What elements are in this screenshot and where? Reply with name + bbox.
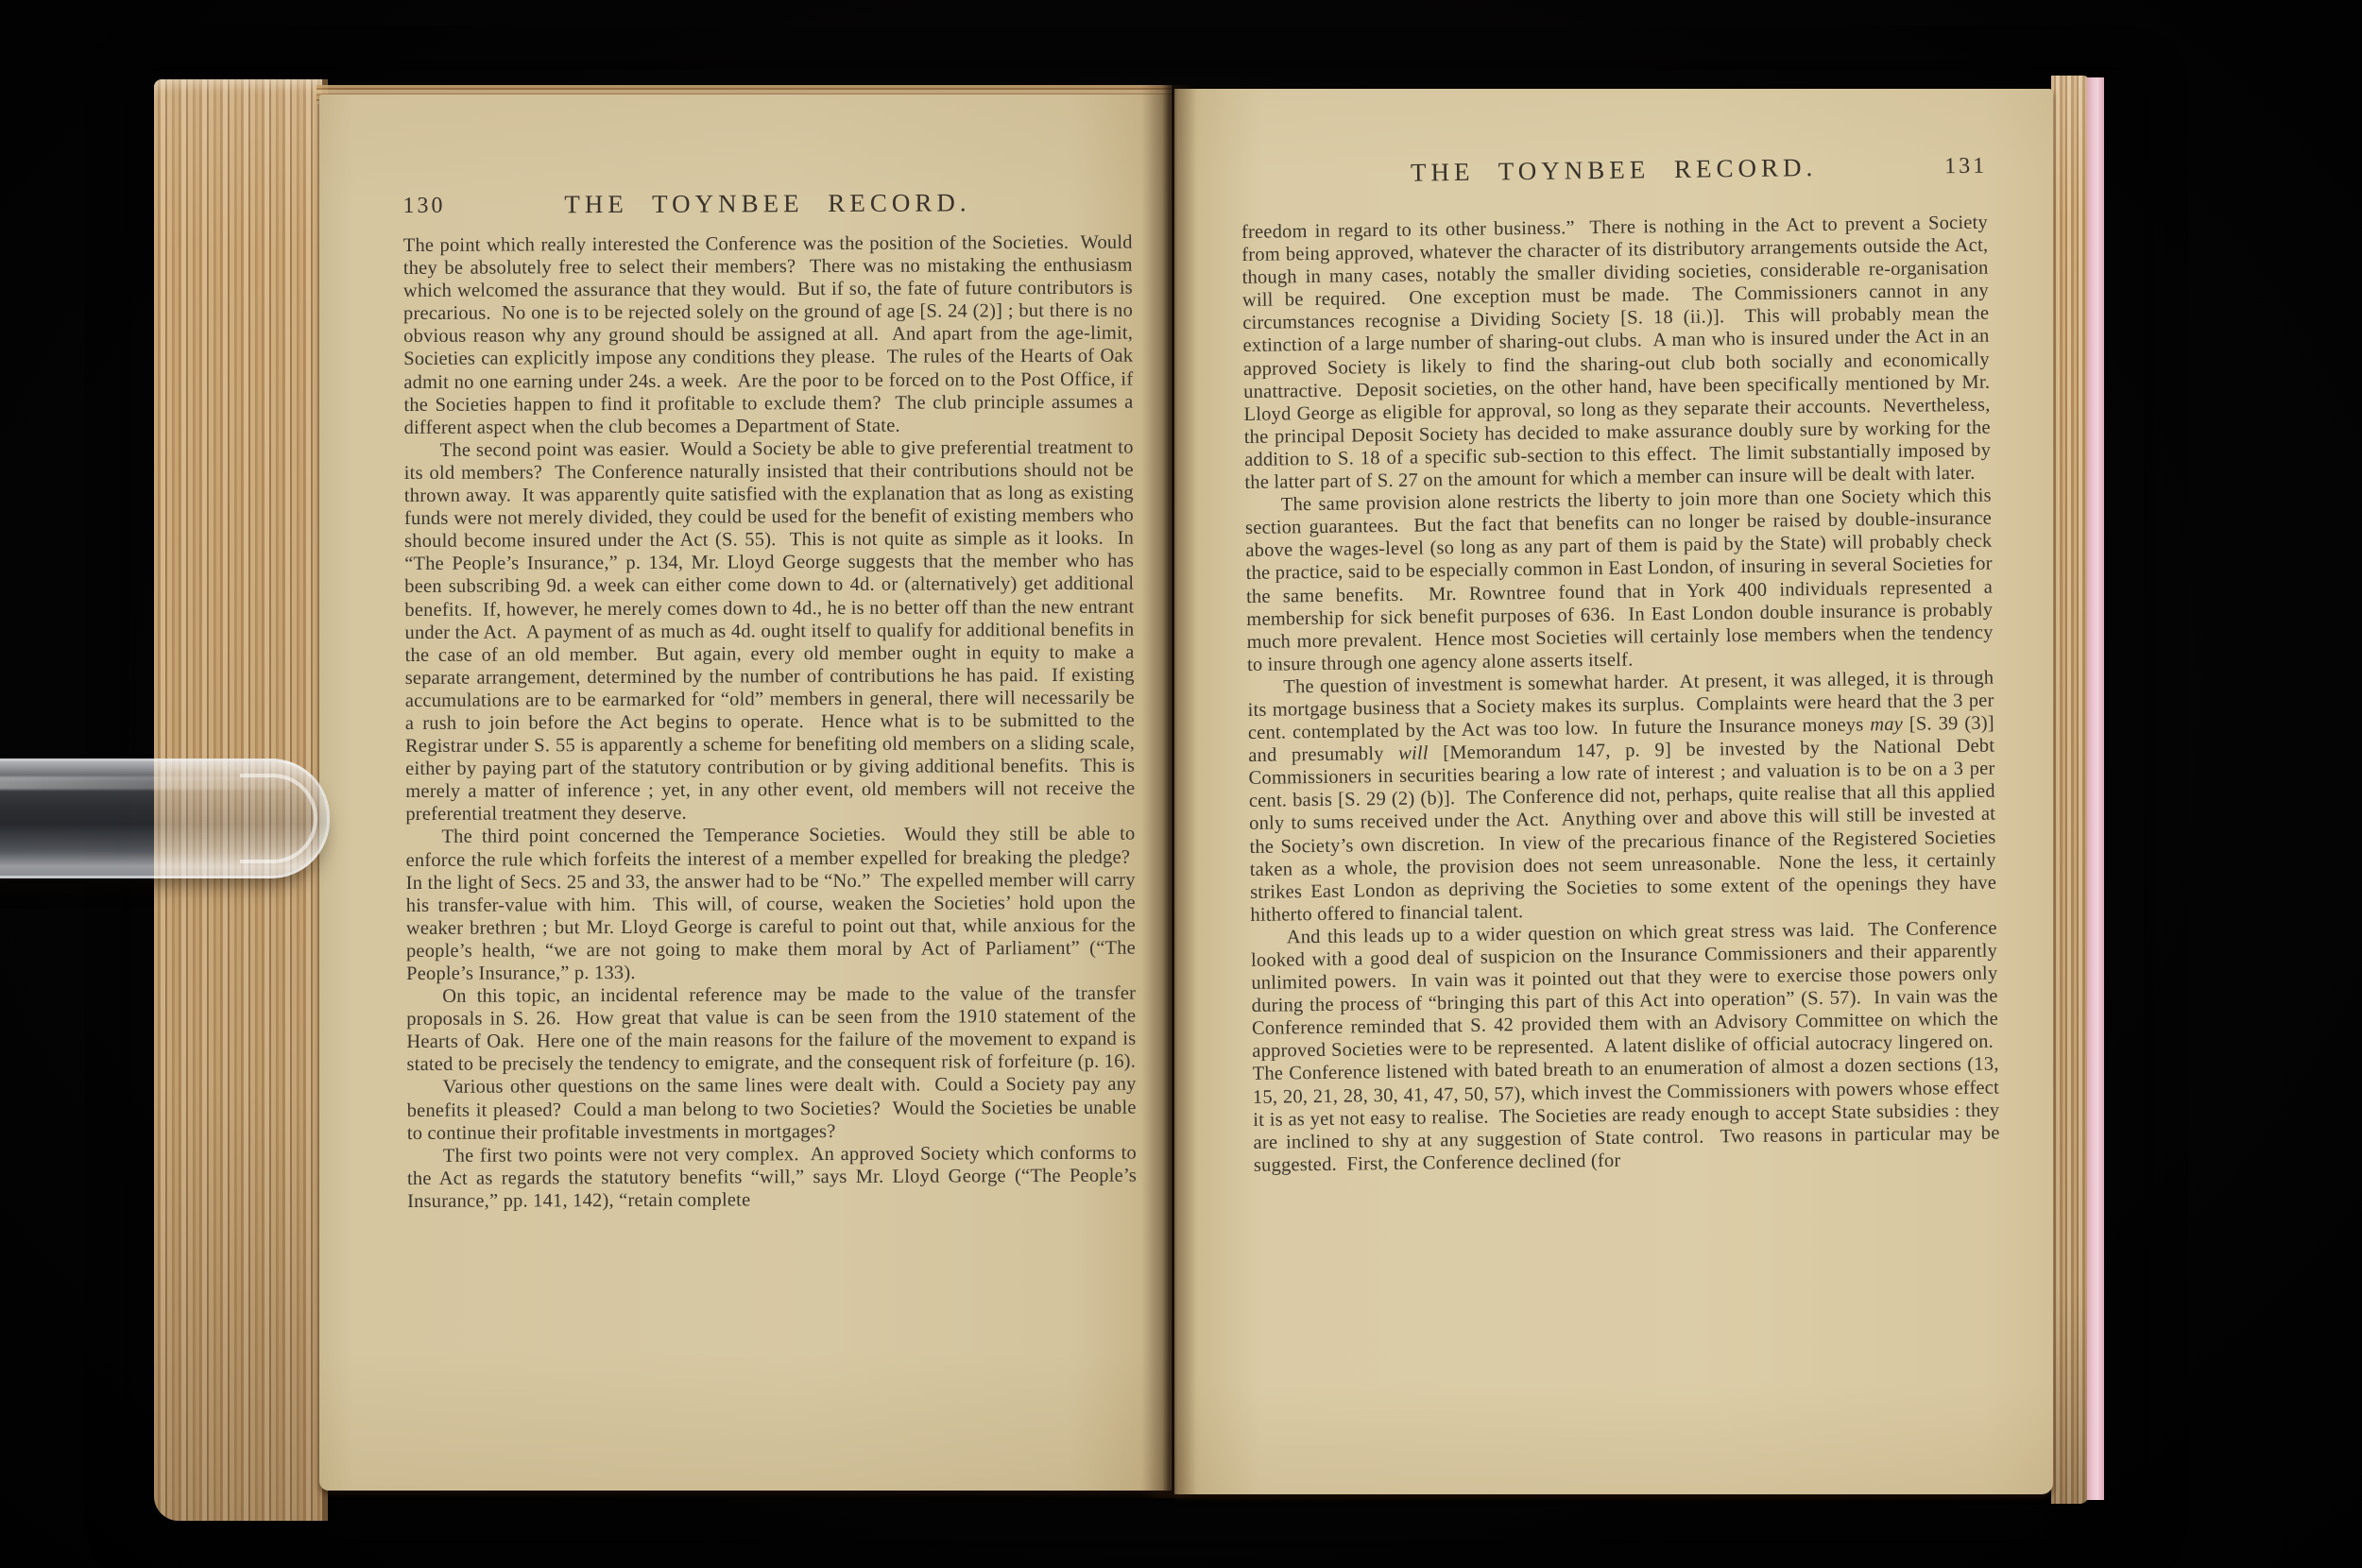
left-page-text: The point which really interested the Co… xyxy=(403,231,1138,1213)
right-running-title: THE TOYNBEE RECORD. xyxy=(1241,151,1987,190)
photo-background: 130 THE TOYNBEE RECORD. The point which … xyxy=(0,0,2362,1568)
glass-tube xyxy=(0,758,330,878)
paragraph: On this topic, an incidental reference m… xyxy=(406,982,1136,1077)
paragraph: The third point concerned the Temperance… xyxy=(405,823,1136,985)
paragraph: freedom in regard to its other business.… xyxy=(1241,212,1992,494)
right-page-number: 131 xyxy=(1944,154,1987,180)
left-page: 130 THE TOYNBEE RECORD. The point which … xyxy=(319,94,1172,1491)
paragraph: The second point was easier. Would a Soc… xyxy=(404,435,1136,826)
paragraph: The question of investment is somewhat h… xyxy=(1247,666,1996,926)
paragraph: The same provision alone restricts the l… xyxy=(1245,485,1994,676)
paragraph: The first two points were not very compl… xyxy=(407,1141,1137,1213)
right-running-head: THE TOYNBEE RECORD. 131 xyxy=(1241,151,1987,198)
right-page-edges xyxy=(2051,76,2089,1504)
left-running-title: THE TOYNBEE RECORD. xyxy=(402,188,1132,220)
paragraph: The point which really interested the Co… xyxy=(403,231,1134,439)
right-endpaper-edge xyxy=(2087,77,2104,1500)
gutter-shadow xyxy=(1141,85,1196,1498)
paragraph: And this leads up to a wider question on… xyxy=(1251,916,2000,1176)
paragraph: Various other questions on the same line… xyxy=(407,1073,1137,1145)
right-page-text: freedom in regard to its other business.… xyxy=(1241,212,2000,1177)
right-page: THE TOYNBEE RECORD. 131 freedom in regar… xyxy=(1174,89,2053,1494)
left-running-head: 130 THE TOYNBEE RECORD. xyxy=(402,188,1132,229)
